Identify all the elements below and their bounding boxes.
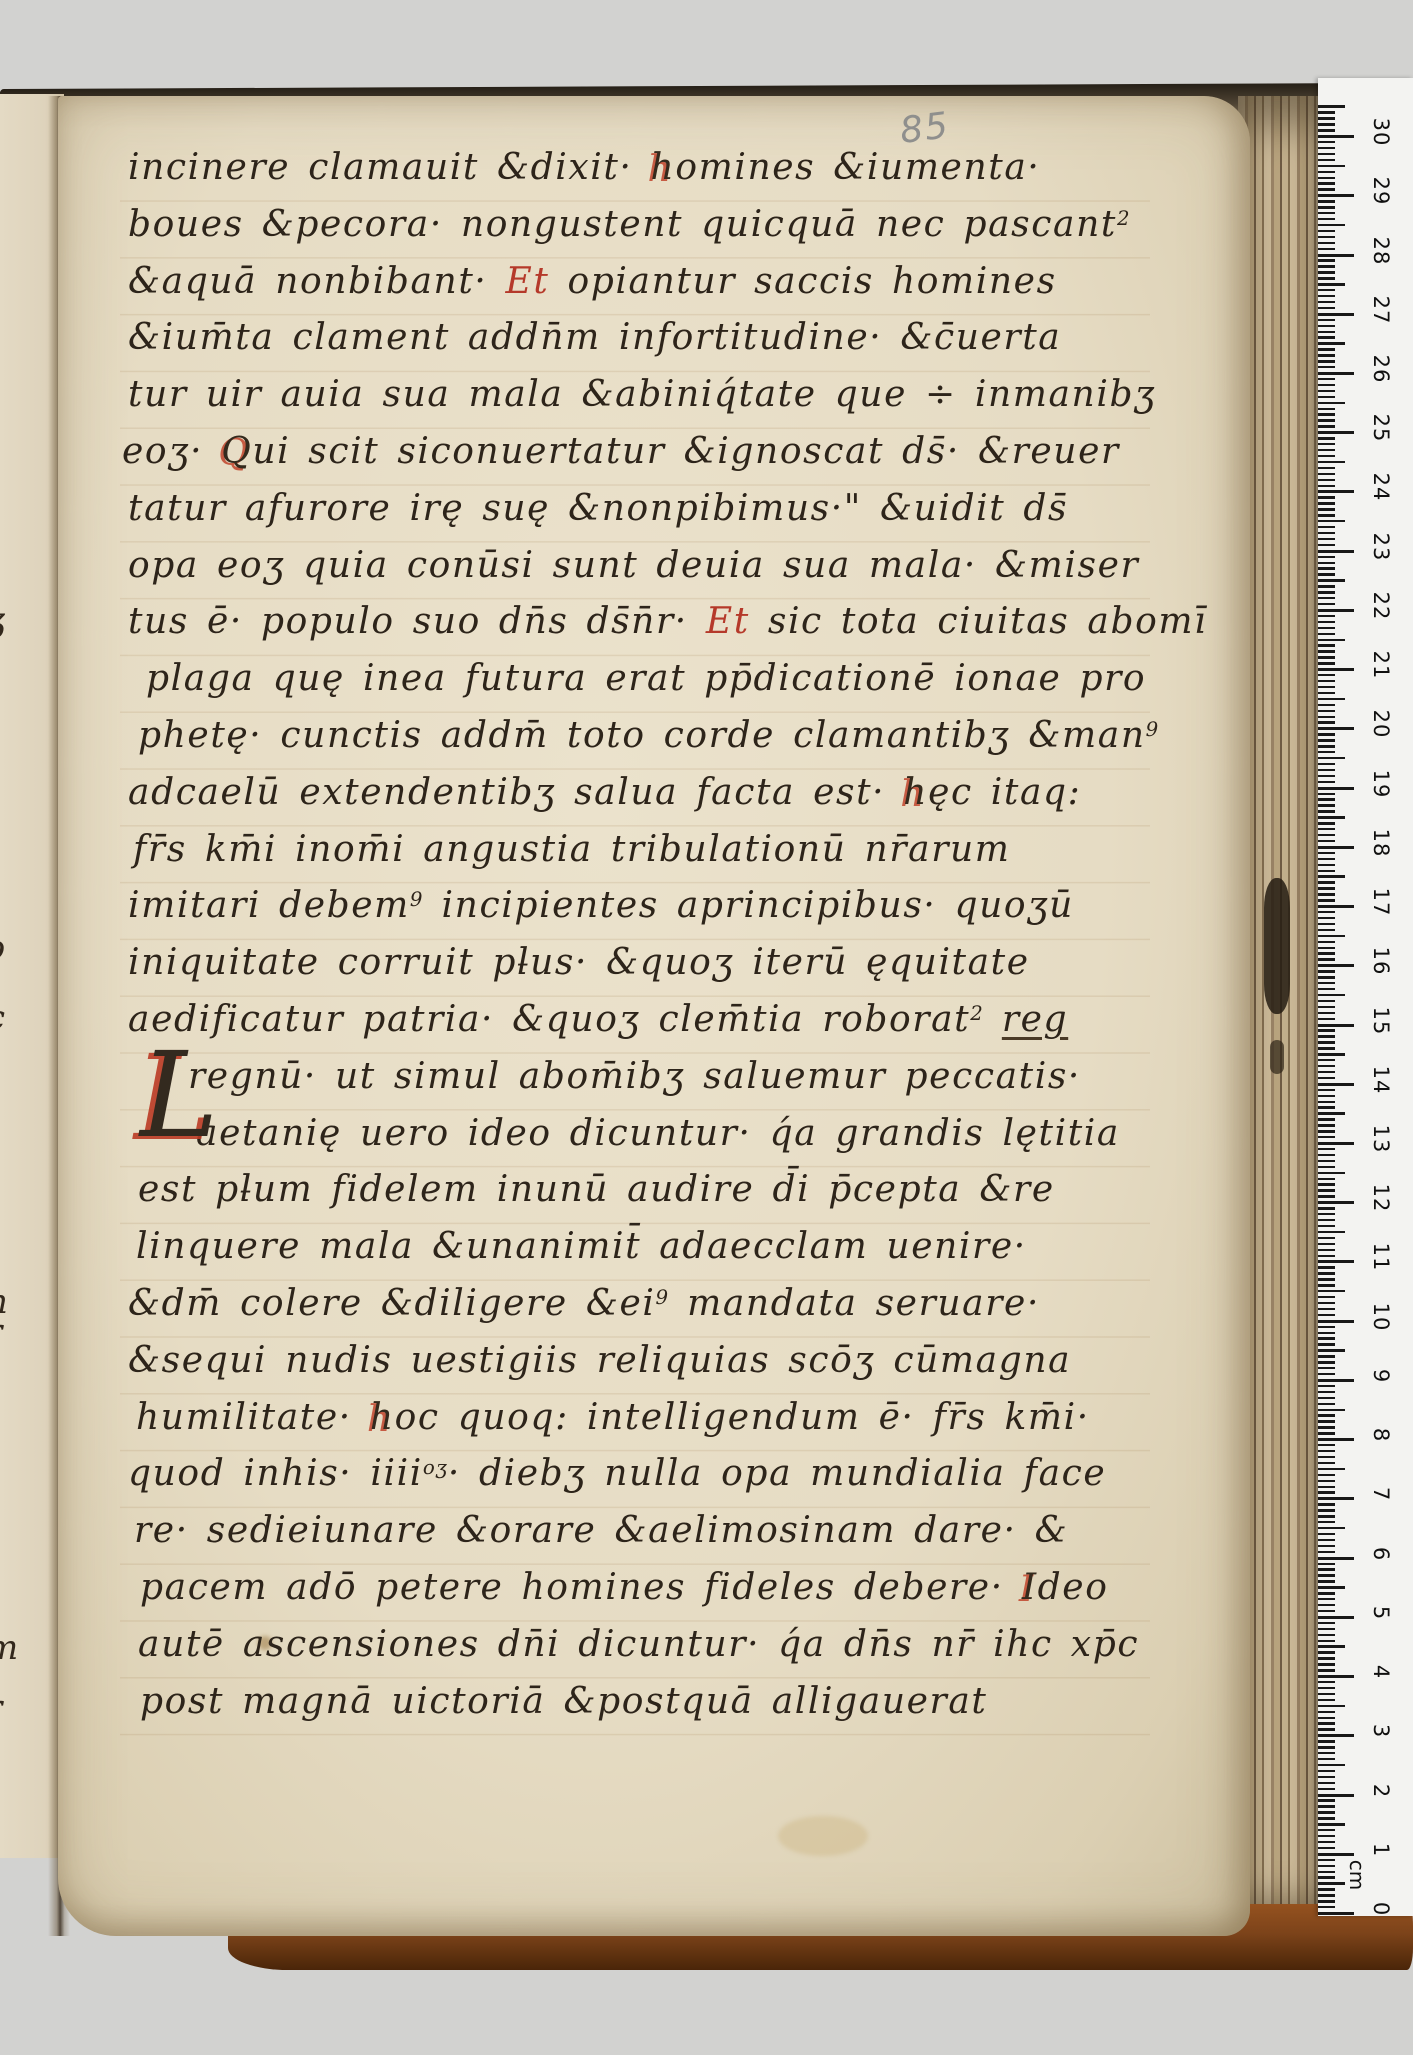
ruler-tick (1318, 1598, 1335, 1600)
ruler-tick (1318, 887, 1335, 889)
ruler-tick (1318, 858, 1335, 860)
ruler-tick (1318, 733, 1335, 735)
ruler-tick (1318, 218, 1335, 220)
ruler-tick (1318, 816, 1345, 818)
ruler-tick (1318, 1497, 1354, 1500)
ruler-tick (1318, 1355, 1335, 1357)
ruler-tick (1318, 1788, 1335, 1790)
ruler-tick (1318, 1829, 1335, 1831)
ruler-tick (1318, 1385, 1335, 1387)
ruler-tick (1318, 1432, 1335, 1434)
ruler-label: 30 (1369, 115, 1393, 149)
fore-edge-stain (1270, 1040, 1284, 1074)
ruler-tick (1318, 793, 1335, 795)
ruler-label: 28 (1369, 234, 1393, 268)
ruler-tick (1318, 520, 1345, 522)
ruler-label: 11 (1369, 1240, 1393, 1274)
ruler-tick (1318, 378, 1335, 380)
ruler-tick (1318, 1509, 1335, 1511)
ruler-tick (1318, 739, 1335, 741)
ruler-tick (1318, 1462, 1335, 1464)
ruler-tick (1318, 1320, 1354, 1323)
ruler-label: 16 (1369, 944, 1393, 978)
ruler-tick (1318, 633, 1335, 635)
ruler-tick (1318, 1414, 1335, 1416)
ruler-tick (1318, 1799, 1335, 1801)
ruler-tick (1318, 947, 1335, 949)
ruler-tick (1318, 1438, 1354, 1441)
ruler-tick (1318, 1728, 1335, 1730)
ruler-tick (1318, 698, 1345, 700)
ruler-tick (1318, 550, 1354, 553)
ruler-tick (1318, 396, 1335, 398)
ruler-tick (1318, 360, 1335, 362)
ruler-tick (1318, 490, 1354, 493)
ruler-tick (1318, 994, 1345, 996)
ruler-tick (1318, 621, 1335, 623)
ruler-tick (1318, 686, 1335, 688)
ruler-tick (1318, 1888, 1335, 1890)
ruler-tick (1318, 1764, 1345, 1766)
ruler-tick (1318, 1343, 1335, 1345)
ruler-label: 21 (1369, 648, 1393, 682)
ruler-tick (1318, 864, 1335, 866)
ruler-tick (1318, 1563, 1335, 1565)
ruler-tick (1318, 1361, 1335, 1363)
edge-ink-fragment: ʒ (0, 600, 5, 640)
ruler-tick (1318, 650, 1335, 652)
ruler-tick (1318, 289, 1335, 291)
ruler-tick (1318, 1912, 1354, 1915)
ruler-tick (1318, 254, 1354, 257)
ruler-tick (1318, 259, 1335, 261)
ruler-tick (1318, 1207, 1335, 1209)
ruler-tick (1318, 496, 1335, 498)
ruler-tick (1318, 1580, 1335, 1582)
ruler-tick (1318, 1201, 1354, 1204)
ruler-tick (1318, 958, 1335, 960)
ruler-tick (1318, 449, 1335, 451)
manuscript-photo: { "page_number": "85", "ruler": { "unit"… (0, 0, 1413, 2055)
ruler-tick (1318, 1557, 1354, 1560)
ruler-tick (1318, 1515, 1335, 1517)
ruler-tick (1318, 336, 1335, 338)
ruler-tick (1318, 1811, 1335, 1813)
ruler-tick (1318, 508, 1335, 510)
ruler-tick (1318, 573, 1335, 575)
ruler-tick (1318, 627, 1335, 629)
ruler-tick (1318, 1047, 1335, 1049)
ruler-label: 25 (1369, 411, 1393, 445)
ruler-tick (1318, 668, 1354, 671)
ruler-tick (1318, 1717, 1335, 1719)
ruler-tick (1318, 1260, 1354, 1263)
ruler-tick (1318, 1794, 1354, 1797)
ruler-tick (1318, 1628, 1335, 1630)
ruler-tick (1318, 1284, 1335, 1286)
ruler-tick (1318, 538, 1335, 540)
ruler-tick (1318, 479, 1335, 481)
ruler-tick (1318, 1503, 1335, 1505)
ruler-tick (1318, 603, 1335, 605)
ruler-tick (1318, 1705, 1345, 1707)
ruler-tick (1318, 117, 1335, 119)
ruler-label: 20 (1369, 707, 1393, 741)
ruler-tick (1318, 1154, 1335, 1156)
ruler-tick (1318, 1332, 1335, 1334)
ruler-tick (1318, 461, 1345, 463)
ruler-tick (1318, 1195, 1335, 1197)
ruler-label: 7 (1369, 1477, 1393, 1511)
ruler-tick (1318, 1586, 1345, 1588)
ruler-tick (1318, 123, 1335, 125)
ruler-tick (1318, 1823, 1345, 1825)
ruler-tick (1318, 716, 1335, 718)
ruler-tick (1318, 1491, 1335, 1493)
ruler-tick (1318, 1681, 1335, 1683)
ruler-tick (1318, 674, 1335, 676)
ruler-label: 12 (1369, 1181, 1393, 1215)
ruler-tick (1318, 1693, 1335, 1695)
ruler-tick (1318, 556, 1335, 558)
ruler-tick (1318, 804, 1335, 806)
page-number-pencil: 85 (898, 105, 952, 152)
ruler-tick (1318, 941, 1335, 943)
ruler-tick (1318, 970, 1335, 972)
ruler-tick (1318, 852, 1335, 854)
ruler-tick (1318, 1178, 1335, 1180)
ruler-tick (1318, 1835, 1335, 1837)
ruler-tick (1318, 295, 1335, 297)
ruler-tick (1318, 1865, 1335, 1867)
ruler-tick (1318, 1213, 1335, 1215)
ruler-tick (1318, 1379, 1354, 1382)
ruler-tick (1318, 1272, 1335, 1274)
ruler-tick (1318, 1018, 1335, 1020)
ruler-tick (1318, 1752, 1335, 1754)
ruler-tick (1318, 1166, 1335, 1168)
ruler-tick (1318, 159, 1335, 161)
ruler-tick (1318, 141, 1335, 143)
ruler-tick (1318, 1545, 1335, 1547)
ruler-tick (1318, 1876, 1335, 1878)
ruler-tick (1318, 1290, 1345, 1292)
ruler-tick (1318, 194, 1354, 197)
ruler-tick (1318, 242, 1335, 244)
ruler-tick (1318, 265, 1335, 267)
ruler-tick (1318, 1657, 1335, 1659)
ruler-tick (1318, 1622, 1335, 1624)
ruler-tick (1318, 1065, 1335, 1067)
ruler-tick (1318, 609, 1354, 612)
ruler-tick (1318, 1426, 1335, 1428)
ruler-tick (1318, 757, 1345, 759)
ruler-label: 4 (1369, 1655, 1393, 1689)
ruler-tick (1318, 390, 1335, 392)
ruler-tick (1318, 230, 1335, 232)
ruler-tick (1318, 1314, 1335, 1316)
ruler-tick (1318, 413, 1335, 415)
ruler-tick (1318, 1853, 1354, 1856)
ruler-tick (1318, 182, 1335, 184)
ruler-label: 6 (1369, 1537, 1393, 1571)
ruler-tick (1318, 1326, 1335, 1328)
ruler-tick (1318, 372, 1354, 375)
ruler-tick (1318, 1112, 1345, 1114)
ruler-tick (1318, 1101, 1335, 1103)
ruler-tick (1318, 846, 1354, 849)
ruler-tick (1318, 1172, 1345, 1174)
ruler-tick (1318, 1817, 1335, 1819)
ruler-tick (1318, 1071, 1335, 1073)
ruler-tick (1318, 1616, 1354, 1619)
ruler-tick (1318, 206, 1335, 208)
ruler-tick (1318, 615, 1335, 617)
ruler-tick (1318, 526, 1335, 528)
fore-edge-stain (1264, 878, 1290, 1014)
ruler-tick (1318, 1124, 1335, 1126)
ruler-tick (1318, 1604, 1335, 1606)
ruler-tick (1318, 1770, 1335, 1772)
drop-cap-initial: L (140, 1036, 218, 1154)
ruler-tick (1318, 1059, 1335, 1061)
ruler-tick (1318, 1083, 1354, 1086)
ruler-tick (1318, 727, 1354, 730)
ruler-tick (1318, 212, 1335, 214)
ruler-tick (1318, 171, 1335, 173)
ruler-tick (1318, 1711, 1335, 1713)
ruler-tick (1318, 1740, 1335, 1742)
ruler-tick (1318, 1136, 1335, 1138)
ruler-tick (1318, 680, 1335, 682)
edge-ink-fragment: r (0, 1688, 2, 1728)
ruler-tick (1318, 473, 1335, 475)
ruler-tick (1318, 1219, 1335, 1221)
ruler-tick (1318, 899, 1335, 901)
ruler-tick (1318, 1183, 1335, 1185)
ruler-tick (1318, 562, 1335, 564)
ruler-tick (1318, 1403, 1335, 1405)
ruler-tick (1318, 1776, 1335, 1778)
ruler-label: 17 (1369, 885, 1393, 919)
ruler-tick (1318, 111, 1335, 113)
ruler-tick (1318, 271, 1335, 273)
ruler-tick (1318, 822, 1335, 824)
ruler-tick (1318, 354, 1335, 356)
ruler-tick (1318, 1782, 1335, 1784)
ruler-tick (1318, 579, 1345, 581)
ruler-tick (1318, 591, 1335, 593)
ruler-tick (1318, 248, 1335, 250)
ruler-label: 1 (1369, 1833, 1393, 1867)
ruler-tick (1318, 929, 1335, 931)
ruler-tick (1318, 585, 1335, 587)
ruler-tick (1318, 135, 1354, 138)
ruler-tick (1318, 751, 1335, 753)
ruler-tick (1318, 1089, 1335, 1091)
ruler-tick (1318, 870, 1335, 872)
ruler-tick (1318, 1859, 1335, 1861)
ruler-tick (1318, 840, 1335, 842)
ruler-tick (1318, 1349, 1345, 1351)
edge-ink-fragment: ɔ (0, 928, 5, 968)
ruler-tick (1318, 1266, 1335, 1268)
ruler-label: 19 (1369, 767, 1393, 801)
ruler-tick (1318, 1012, 1335, 1014)
ruler-tick (1318, 1237, 1335, 1239)
ruler-tick (1318, 828, 1335, 830)
ruler-tick (1318, 544, 1335, 546)
ruler-tick (1318, 1894, 1335, 1896)
ruler-tick (1318, 502, 1335, 504)
ruler-tick (1318, 1456, 1335, 1458)
ruler-tick (1318, 923, 1335, 925)
ruler-tick (1318, 881, 1335, 883)
ruler-tick (1318, 775, 1335, 777)
ruler-tick (1318, 200, 1335, 202)
ruler-tick (1318, 301, 1335, 303)
parchment-stain (778, 1816, 868, 1856)
ruler-tick (1318, 1420, 1335, 1422)
ruler-tick (1318, 952, 1335, 954)
ruler-tick (1318, 348, 1335, 350)
ruler-tick (1318, 1231, 1345, 1233)
ruler-tick (1318, 1391, 1335, 1393)
ruler-tick (1318, 1687, 1335, 1689)
ruler-tick (1318, 1533, 1335, 1535)
ruler-tick (1318, 1189, 1335, 1191)
ruler-tick (1318, 1699, 1335, 1701)
ruler-tick (1318, 1805, 1335, 1807)
ruler-tick (1318, 798, 1335, 800)
ruler-tick (1318, 1539, 1335, 1541)
ruler-label: 26 (1369, 352, 1393, 386)
ruler-tick (1318, 1669, 1335, 1671)
ruler-tick (1318, 810, 1335, 812)
ruler-tick (1318, 485, 1335, 487)
ruler-tick (1318, 1734, 1354, 1737)
ruler-tick (1318, 1645, 1345, 1647)
ruler-tick (1318, 567, 1335, 569)
ruler-label: 8 (1369, 1418, 1393, 1452)
ruler-tick (1318, 769, 1335, 771)
ruler-tick (1318, 402, 1345, 404)
ruler-tick (1318, 325, 1335, 327)
ruler-tick (1318, 1527, 1345, 1529)
ruler-label: 10 (1369, 1300, 1393, 1334)
ruler-tick (1318, 875, 1345, 877)
ruler-tick (1318, 1106, 1335, 1108)
ruler-tick (1318, 1029, 1335, 1031)
ruler-tick (1318, 1243, 1335, 1245)
ruler-tick (1318, 1444, 1335, 1446)
ruler-tick (1318, 1592, 1335, 1594)
ruler-tick (1318, 704, 1335, 706)
ruler-tick (1318, 1302, 1335, 1304)
ruler-tick (1318, 1409, 1345, 1411)
ruler-tick (1318, 1450, 1335, 1452)
ruler-label: 3 (1369, 1714, 1393, 1748)
ruler-tick (1318, 437, 1335, 439)
ruler-tick (1318, 905, 1354, 908)
ruler-tick (1318, 1337, 1335, 1339)
ruler-label: 2 (1369, 1774, 1393, 1808)
ruler-tick (1318, 147, 1335, 149)
ruler-label: 14 (1369, 1063, 1393, 1097)
ruler-tick (1318, 1486, 1335, 1488)
ruler-tick (1318, 964, 1354, 967)
ruler-tick (1318, 911, 1335, 913)
ruler-tick (1318, 1130, 1335, 1132)
ruler-tick (1318, 165, 1345, 167)
ruler-tick (1318, 1900, 1335, 1902)
ruler-tick (1318, 781, 1335, 783)
ruler-tick (1318, 467, 1335, 469)
ruler-tick (1318, 1095, 1335, 1097)
ruler-tick (1318, 935, 1345, 937)
ruler-tick (1318, 1610, 1335, 1612)
ruler-tick (1318, 1278, 1335, 1280)
ruler-tick (1318, 1468, 1345, 1470)
ruler-tick (1318, 1480, 1335, 1482)
ruler-tick (1318, 1373, 1335, 1375)
ruler-tick (1318, 1053, 1345, 1055)
ruler-tick (1318, 236, 1335, 238)
ruler-tick (1318, 1882, 1345, 1884)
edge-ink-fragment: m (0, 1628, 18, 1668)
ruler-tick (1318, 1296, 1335, 1298)
ruler-tick (1318, 976, 1335, 978)
ruler-tick (1318, 1758, 1335, 1760)
ruler-tick (1318, 721, 1335, 723)
ruler-tick (1318, 443, 1335, 445)
ruler-label: 18 (1369, 826, 1393, 860)
ruler-tick (1318, 1035, 1335, 1037)
ruler-label: 29 (1369, 174, 1393, 208)
ruler-tick (1318, 514, 1335, 516)
ruler-tick (1318, 283, 1345, 285)
ruler-tick (1318, 1574, 1335, 1576)
ruler-label: 13 (1369, 1122, 1393, 1156)
ruler-tick (1318, 639, 1345, 641)
ruler-tick (1318, 1640, 1335, 1642)
ruler-tick (1318, 1551, 1335, 1553)
ruler-tick (1318, 1521, 1335, 1523)
ruler-tick (1318, 342, 1345, 344)
ruler-tick (1318, 597, 1335, 599)
measuring-ruler: cm 0123456789101112131415161718192021222… (1318, 78, 1413, 1916)
ruler-tick (1318, 384, 1335, 386)
ruler-tick (1318, 710, 1335, 712)
ruler-tick (1318, 455, 1335, 457)
ruler-tick (1318, 277, 1335, 279)
ruler-tick (1318, 129, 1335, 131)
ruler-tick (1318, 1255, 1335, 1257)
ruler-tick (1318, 425, 1335, 427)
ruler-tick (1318, 1397, 1335, 1399)
ruler-tick (1318, 1746, 1335, 1748)
ruler-tick (1318, 224, 1345, 226)
ruler-tick (1318, 787, 1354, 790)
ruler-tick (1318, 1663, 1335, 1665)
ruler-tick (1318, 319, 1335, 321)
ruler-tick (1318, 834, 1335, 836)
ruler-label: 22 (1369, 589, 1393, 623)
ruling-lines (120, 146, 1150, 1746)
ruler-tick (1318, 307, 1335, 309)
ruler-tick (1318, 917, 1335, 919)
ruler-label: 9 (1369, 1359, 1393, 1393)
